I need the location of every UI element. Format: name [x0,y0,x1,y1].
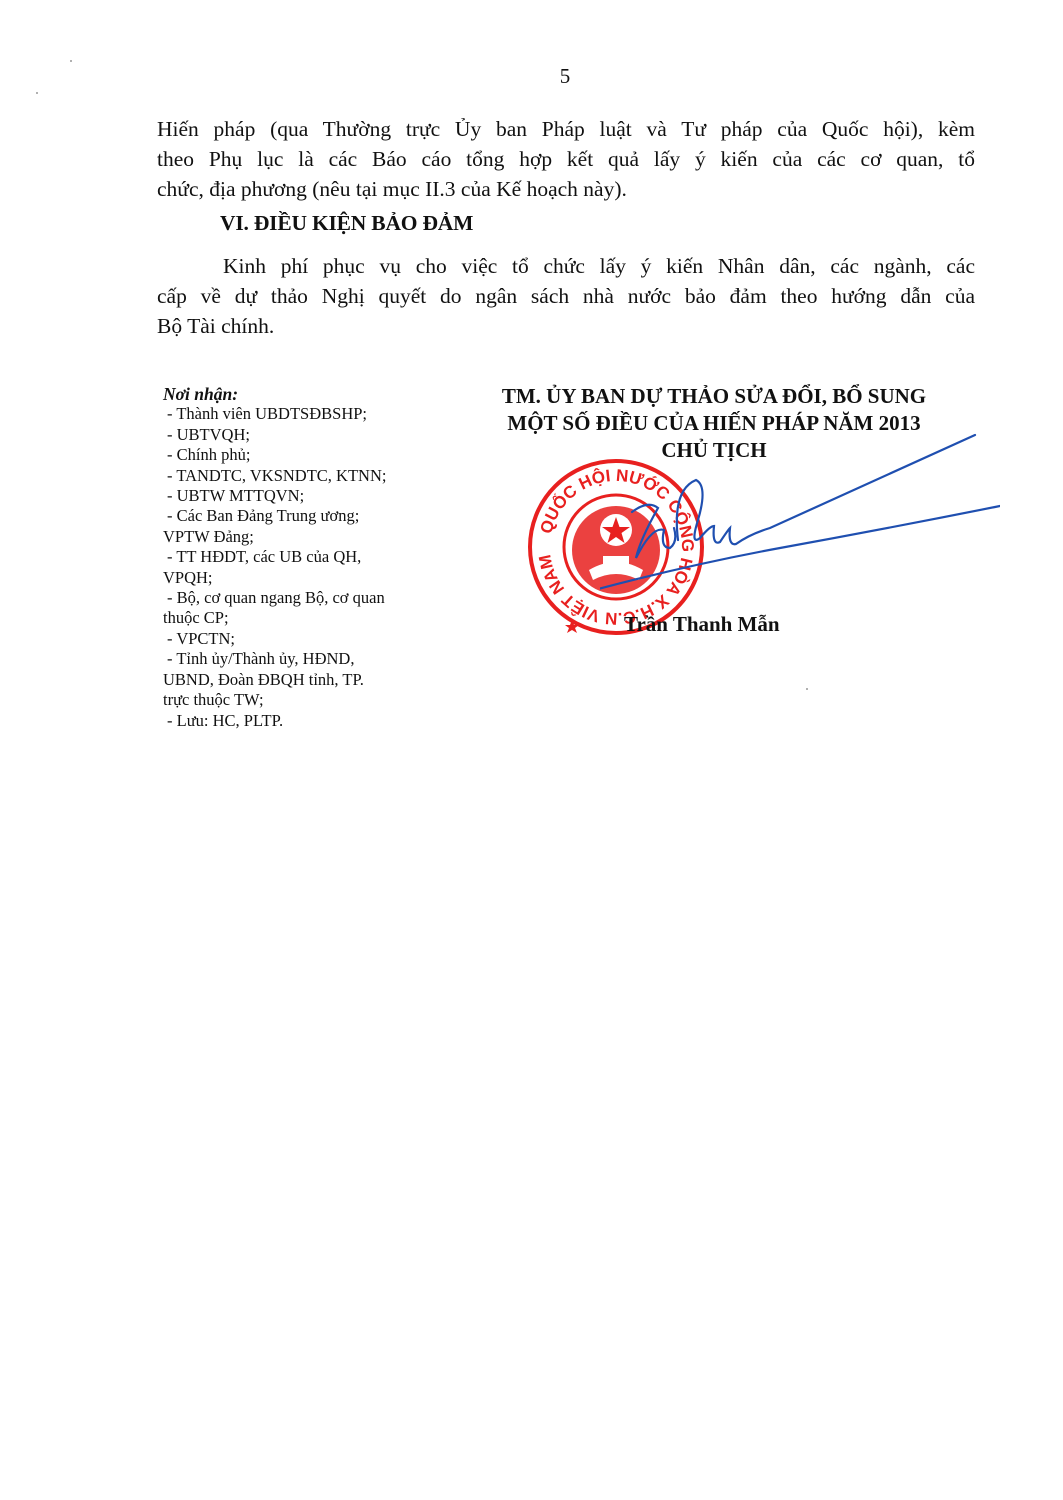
page-number: 5 [0,64,1063,89]
recipient-item: - Các Ban Đảng Trung ương; [163,506,453,526]
paragraph-line: Bộ Tài chính. [157,311,975,341]
paragraph-funding: Kinh phí phục vụ cho việc tổ chức lấy ý … [157,251,975,341]
recipient-item: - TANDTC, VKSNDTC, KTNN; [163,466,453,486]
recipient-item: UBND, Đoàn ĐBQH tỉnh, TP. [163,670,453,690]
paragraph-line: chức, địa phương (nêu tại mục II.3 của K… [157,174,975,204]
signer-name: Trần Thanh Mẫn [624,612,780,637]
recipient-item: VPTW Đảng; [163,527,453,547]
recipient-lines: - Thành viên UBDTSĐBSHP;- UBTVQH;- Chính… [163,404,453,731]
recipient-item: - Bộ, cơ quan ngang Bộ, cơ quan [163,588,453,608]
recipient-item: - Chính phủ; [163,445,453,465]
recipients-title: Nơi nhận: [163,384,453,404]
scan-speck [36,92,38,94]
scan-speck [70,60,72,62]
scan-speck [806,688,808,690]
paragraph-line: theo Phụ lục là các Báo cáo tổng hợp kết… [157,144,975,174]
recipient-item: - Thành viên UBDTSĐBSHP; [163,404,453,424]
recipient-item: - UBTVQH; [163,425,453,445]
recipient-item: VPQH; [163,568,453,588]
paragraph-line: Kinh phí phục vụ cho việc tổ chức lấy ý … [157,251,975,281]
recipient-item: - Lưu: HC, PLTP. [163,711,453,731]
handwritten-signature-icon [600,430,1000,610]
recipient-item: - TT HĐDT, các UB của QH, [163,547,453,567]
paragraph-line: cấp về dự thảo Nghị quyết do ngân sách n… [157,281,975,311]
recipients-list: Nơi nhận: - Thành viên UBDTSĐBSHP;- UBTV… [163,384,453,731]
paragraph-line: Hiến pháp (qua Thường trực Ủy ban Pháp l… [157,114,975,144]
recipient-item: - Tỉnh ủy/Thành ủy, HĐND, [163,649,453,669]
recipient-item: thuộc CP; [163,608,453,628]
recipient-item: - UBTW MTTQVN; [163,486,453,506]
recipient-item: - VPCTN; [163,629,453,649]
paragraph-intro: Hiến pháp (qua Thường trực Ủy ban Pháp l… [157,114,975,204]
signature-title-line-1: TM. ỦY BAN DỰ THẢO SỬA ĐỔI, BỔ SUNG [430,383,998,410]
section-heading: VI. ĐIỀU KIỆN BẢO ĐẢM [220,211,473,236]
recipient-item: trực thuộc TW; [163,690,453,710]
